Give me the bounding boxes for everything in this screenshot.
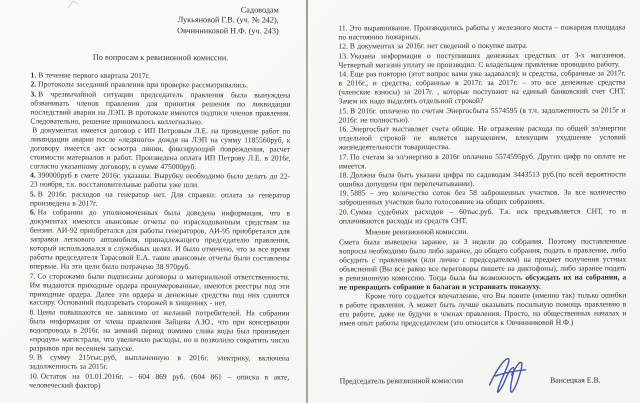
list-item: В документах имеется договор с ИП Петров… <box>30 127 290 173</box>
item-text: В 2016г. оплачено по счетам Энергосбыта … <box>339 105 626 124</box>
list-item: 13.Указана информация о поступивших дене… <box>338 51 625 70</box>
item-number: 18. <box>339 170 348 179</box>
item-number: 7. <box>30 271 36 280</box>
item-text: 390000руб в смете 2016г. указаны. Вырубк… <box>30 171 290 190</box>
recipient-line: Овчинниковой Н.Ф. (уч. 243) <box>31 25 279 36</box>
list-item: 4.390000руб в смете 2016г. указаны. Выру… <box>30 172 290 191</box>
opinion-paragraph-1: Смета была вывешена заранее, за 3 недели… <box>339 236 626 291</box>
signature-block: Председатель ревизионной комиссии Вансец… <box>340 357 627 403</box>
item-text: 5885 – это количество соток без 58 забро… <box>339 188 626 207</box>
list-item: 9.В сумму 215тыс.руб, выплаченную в 2016… <box>29 354 289 373</box>
item-number: 17. <box>339 152 348 161</box>
list-item: 7.Со сторожами были подписаны договоры о… <box>30 272 290 309</box>
list-item: 3.В чрезвычайной ситуации председатель п… <box>30 90 290 127</box>
item-text: В документах за 2016г. нет сведений о по… <box>350 41 528 51</box>
item-text: На собрании до уполномоченных была довед… <box>30 208 290 271</box>
item-text: В сумму 215тыс.руб, выплаченную в 2016г.… <box>29 353 289 371</box>
item-text: Со сторожами были подписаны договоры о м… <box>30 271 290 308</box>
list-item: 15.В 2016г. оплачено по счетам Энергосбы… <box>339 106 626 125</box>
item-text: Энергосбыт выставляет счета общие. Не от… <box>339 124 626 152</box>
item-number: 13. <box>338 51 347 60</box>
list-item: 14.Еще раз повторю (этот вопрос вами уже… <box>339 70 626 107</box>
item-text: Указана информация о поступивших денежны… <box>339 50 626 69</box>
item-text: Еще раз повторю (этот вопрос вами уже за… <box>339 69 626 106</box>
document-page-right: 11.Это выравнивание. Производились работ… <box>308 0 640 403</box>
opinion-paragraph-2: Кроме того создается впечатление, что Вы… <box>339 291 626 328</box>
list-item: 20.Сумма судебных расходов – 60тыс.руб. … <box>339 207 626 226</box>
question-list-left: 1.В течение первого квартала 2017г. 2.Пр… <box>29 71 290 391</box>
recipient-block: Садоводам Лукьяновой Г.В. (уч. № 242), О… <box>31 4 291 36</box>
item-number: 4. <box>30 171 36 180</box>
item-text: Протоколы заседаний правления при провер… <box>38 80 248 90</box>
item-number: 12. <box>338 42 347 51</box>
item-text: В документах имеется договор с ИП Петров… <box>30 126 290 172</box>
item-number: 20. <box>339 207 348 216</box>
document-page-left: Садоводам Лукьяновой Г.В. (уч. № 242), О… <box>0 0 307 403</box>
item-number: 15. <box>339 106 348 115</box>
question-list-right: 11.Это выравнивание. Производились работ… <box>338 23 626 226</box>
list-item: 5.В 2016г. расходов на генератор нет. Дл… <box>30 190 290 209</box>
item-number: 1. <box>31 70 37 79</box>
list-item: 16.Энергосбыт выставляет счета общие. Не… <box>339 125 626 153</box>
item-text: Сумма судебных расходов – 60тыс.руб. Т.к… <box>339 206 626 225</box>
scanned-document: Садоводам Лукьяновой Г.В. (уч. № 242), О… <box>0 0 640 403</box>
signature-name: Вансецкая Е.В. <box>550 375 627 384</box>
item-text: В чрезвычайной ситуации председатель пра… <box>30 89 290 126</box>
signature-icon <box>463 351 550 397</box>
list-item: 6.На собрании до уполномоченных была дов… <box>30 209 290 273</box>
item-number: 14. <box>339 70 348 79</box>
item-number: 10. <box>29 371 38 380</box>
list-item: 18.Должна была быть указана цифра по сад… <box>339 170 626 189</box>
item-text: В 2016г. расходов на генератор нет. Для … <box>30 189 290 207</box>
list-item: 10.Остаток на 01.01.2016г. – 604 869 руб… <box>29 372 289 391</box>
item-number: 16. <box>339 125 348 134</box>
item-number: 8. <box>29 307 35 316</box>
item-number: 11. <box>338 23 347 32</box>
item-text: Цены повышаются не зависимо от желаний п… <box>29 307 289 352</box>
list-item: 8.Цены повышаются не зависимо от желаний… <box>29 308 289 354</box>
list-item: 11.Это выравнивание. Производились работ… <box>338 23 625 42</box>
list-item: 19.5885 – это количество соток без 58 за… <box>339 189 626 208</box>
item-text: По счетам за эл/энергию в 2016г оплачено… <box>339 151 626 170</box>
document-title: По вопросам к ревизионной комиссии. <box>31 52 291 62</box>
item-number: 2. <box>30 80 36 89</box>
item-text: Остаток на 01.01.2016г. – 604 869 руб. (… <box>29 371 289 389</box>
item-number: 3. <box>30 89 36 98</box>
item-number: 9. <box>29 353 35 362</box>
item-text: Должна была быть указана цифра по садово… <box>339 169 626 188</box>
item-number: 6. <box>30 208 36 217</box>
item-number: 19. <box>339 189 348 198</box>
signature-role: Председатель ревизионной комиссии <box>340 376 464 385</box>
item-text: Это выравнивание. Производились работы у… <box>338 22 625 41</box>
opinion-heading: Мнение ревизионной комиссии. <box>339 226 626 236</box>
item-text: В течение первого квартала 2017г. <box>38 70 150 79</box>
list-item: 17.По счетам за эл/энергию в 2016г оплач… <box>339 152 626 171</box>
item-number: 5. <box>30 189 36 198</box>
